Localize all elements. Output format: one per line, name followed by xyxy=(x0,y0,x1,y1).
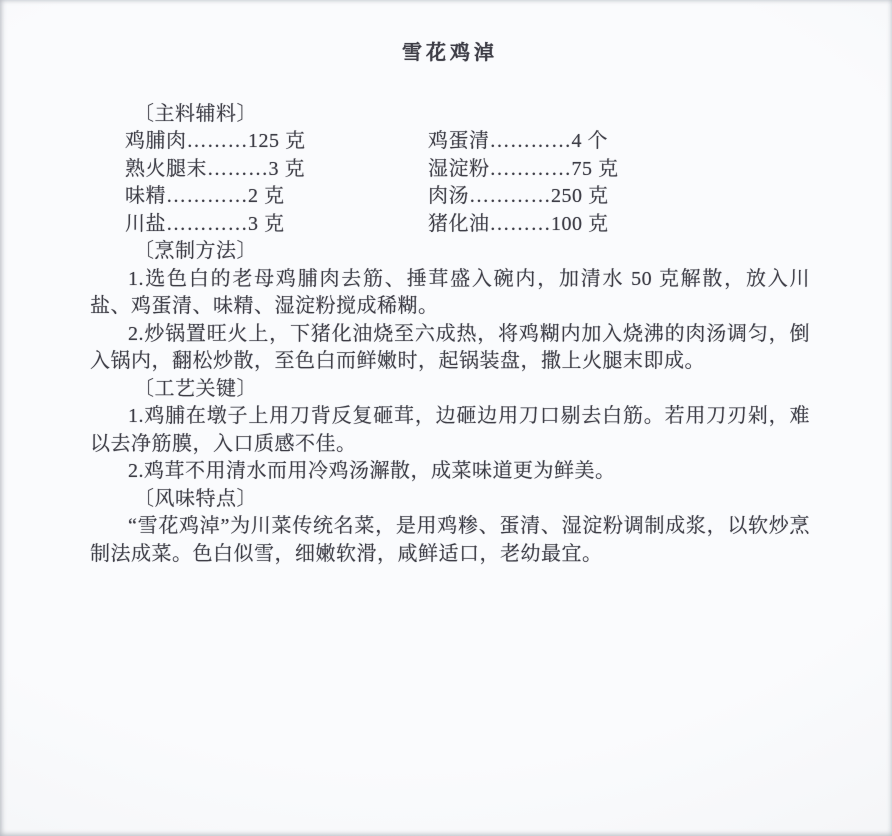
method-header: 〔烹制方法〕 xyxy=(90,238,810,266)
ingredients-header: 〔主料辅料〕 xyxy=(90,101,810,129)
ingredient-item: 味精…………2 克 xyxy=(125,183,428,211)
recipe-page: 雪花鸡淖 〔主料辅料〕 鸡脯肉………125 克 熟火腿末………3 克 味精………… xyxy=(0,0,892,836)
ingredient-item: 肉汤…………250 克 xyxy=(428,183,810,211)
ingredient-item: 猪化油………100 克 xyxy=(428,211,810,239)
recipe-title: 雪花鸡淖 xyxy=(90,40,810,68)
technique-step: 1.鸡脯在墩子上用刀背反复砸茸，边砸边用刀口剔去白筋。若用刀刃剁，难以去净筋膜，… xyxy=(90,403,810,458)
ingredients-column-left: 鸡脯肉………125 克 熟火腿末………3 克 味精…………2 克 川盐…………3… xyxy=(125,128,428,238)
technique-header: 〔工艺关键〕 xyxy=(90,376,810,404)
ingredient-item: 川盐…………3 克 xyxy=(125,211,428,239)
ingredients-column-right: 鸡蛋清…………4 个 湿淀粉…………75 克 肉汤…………250 克 猪化油……… xyxy=(428,128,810,238)
ingredient-item: 鸡蛋清…………4 个 xyxy=(428,128,810,156)
ingredient-item: 鸡脯肉………125 克 xyxy=(125,128,428,156)
technique-step: 2.鸡茸不用清水而用冷鸡汤澥散，成菜味道更为鲜美。 xyxy=(90,458,810,486)
recipe-document: 雪花鸡淖 〔主料辅料〕 鸡脯肉………125 克 熟火腿末………3 克 味精………… xyxy=(90,40,810,568)
flavor-text: “雪花鸡淖”为川菜传统名菜，是用鸡糁、蛋清、湿淀粉调制成浆，以软炒烹制法成菜。色… xyxy=(90,513,810,568)
ingredients-list: 鸡脯肉………125 克 熟火腿末………3 克 味精…………2 克 川盐…………3… xyxy=(90,128,810,238)
ingredient-item: 熟火腿末………3 克 xyxy=(125,156,428,184)
method-step: 1.选色白的老母鸡脯肉去筋、捶茸盛入碗内，加清水 50 克解散，放入川盐、鸡蛋清… xyxy=(90,266,810,321)
method-step: 2.炒锅置旺火上，下猪化油烧至六成热，将鸡糊内加入烧沸的肉汤调匀，倒入锅内，翻松… xyxy=(90,321,810,376)
flavor-header: 〔风味特点〕 xyxy=(90,486,810,514)
ingredient-item: 湿淀粉…………75 克 xyxy=(428,156,810,184)
